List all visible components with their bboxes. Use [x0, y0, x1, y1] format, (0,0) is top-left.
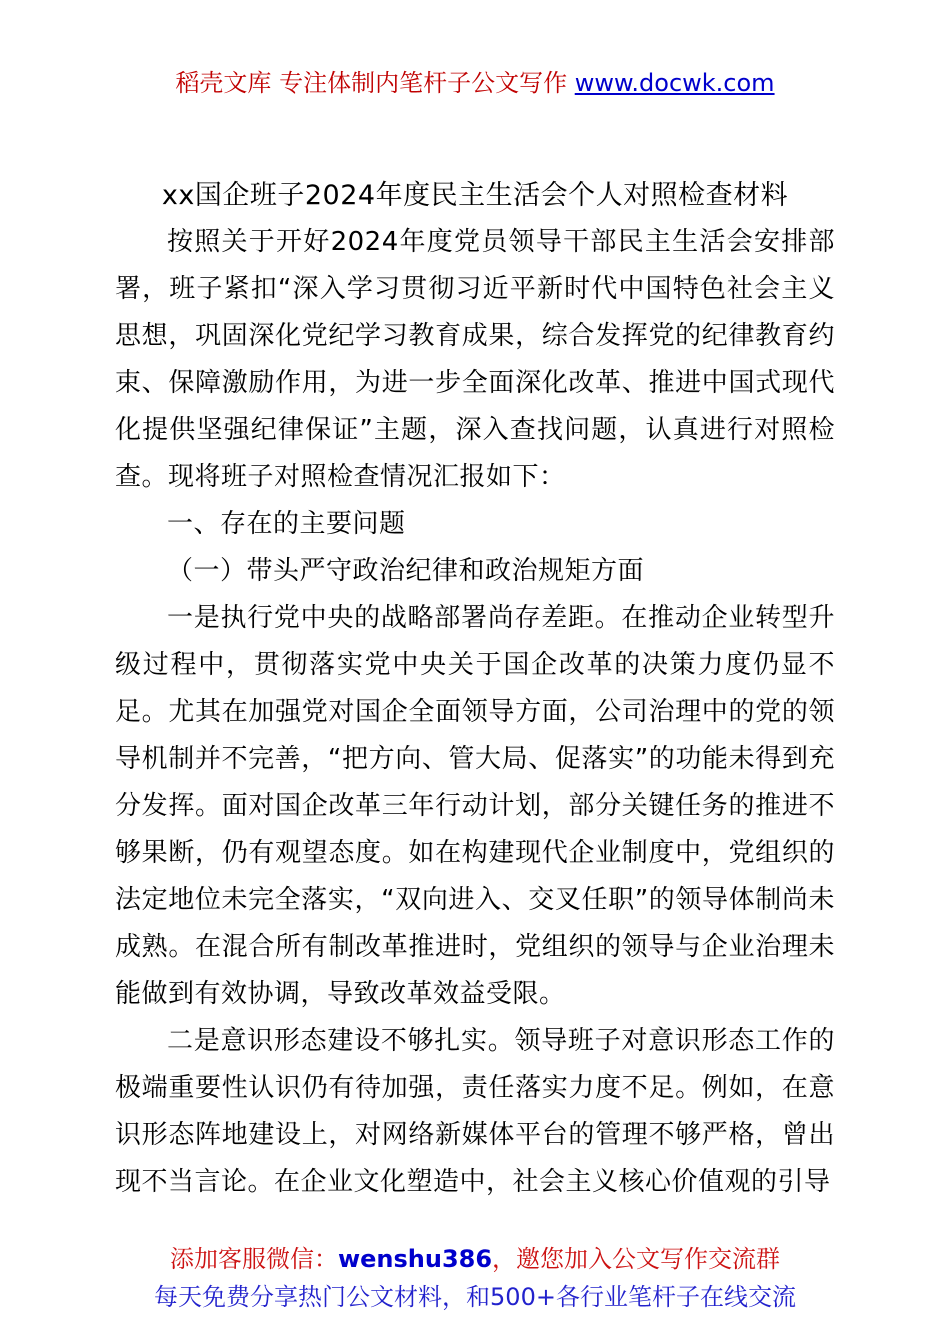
document-body: xx国企班子2024年度民主生活会个人对照检查材料 按照关于开好2024年度党员…	[115, 172, 835, 1206]
subsection-heading-political-discipline: （一）带头严守政治纪律和政治规矩方面	[115, 548, 835, 595]
document-page: 稻壳文库 专注体制内笔杆子公文写作 www.docwk.com xx国企班子20…	[0, 0, 950, 1344]
site-link[interactable]: www.docwk.com	[575, 69, 775, 97]
document-title: xx国企班子2024年度民主生活会个人对照检查材料	[115, 172, 835, 219]
header-banner: 稻壳文库 专注体制内笔杆子公文写作 www.docwk.com	[0, 66, 950, 100]
wechat-id: wenshu386	[338, 1245, 492, 1273]
footer-contact-line: 添加客服微信：wenshu386，邀您加入公文写作交流群	[0, 1240, 950, 1278]
site-brand: 稻壳文库 专注体制内笔杆子公文写作	[175, 69, 567, 97]
section-heading-problems: 一、存在的主要问题	[115, 501, 835, 548]
footer-contact-prefix: 添加客服微信：	[170, 1245, 338, 1273]
paragraph-point-two: 二是意识形态建设不够扎实。领导班子对意识形态工作的极端重要性认识仍有待加强，责任…	[115, 1018, 835, 1206]
footer-promo-line: 每天免费分享热门公文材料，和500+各行业笔杆子在线交流	[0, 1278, 950, 1316]
paragraph-point-one: 一是执行党中央的战略部署尚存差距。在推动企业转型升级过程中，贯彻落实党中央关于国…	[115, 595, 835, 1018]
footer-contact-suffix: ，邀您加入公文写作交流群	[492, 1245, 780, 1273]
paragraph-intro: 按照关于开好2024年度党员领导干部民主生活会安排部署，班子紧扣“深入学习贯彻习…	[115, 219, 835, 501]
footer-banner: 添加客服微信：wenshu386，邀您加入公文写作交流群 每天免费分享热门公文材…	[0, 1240, 950, 1316]
